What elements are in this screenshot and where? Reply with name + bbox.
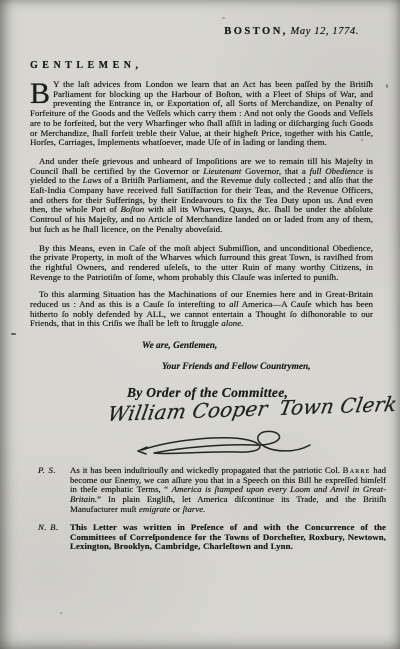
closing-we-are: We are, Gentlemen,: [142, 341, 373, 351]
paragraph-appeal: To this alarming Situation has the Machi…: [30, 290, 373, 329]
paragraph-blockade-text: Y the laſt advices from London we learn …: [30, 79, 373, 147]
dateline-date: May 12, 1774.: [291, 26, 359, 37]
ink-speckle: [361, 139, 363, 141]
ink-speckle: [386, 84, 388, 88]
signature-block: William CooperTown Clerk: [106, 402, 373, 459]
scanned-letter-page: BOSTON, May 12, 1774. GENTLEMEN, BY the …: [0, 0, 400, 649]
postscript-text: As it has been induſtriouſly and wickedl…: [70, 465, 386, 513]
paragraph-wharves: By this Means, even in Caſe of the moſt …: [30, 244, 373, 283]
nota-bene-text: This Letter was written in Preſence of a…: [70, 522, 386, 551]
paragraph-blockade: BY the laſt advices from London we learn…: [30, 80, 373, 148]
postscript-label: P. S.: [38, 466, 56, 476]
signature-title: Town Clerk: [277, 392, 399, 420]
nota-bene: N. B. This Letter was written in Preſenc…: [38, 523, 386, 552]
ink-speckle: [11, 333, 16, 335]
salutation: GENTLEMEN,: [30, 60, 373, 71]
nota-bene-label: N. B.: [38, 523, 59, 533]
paragraph-impositions: And under theſe grievous and unheard of …: [30, 157, 373, 235]
dateline: BOSTON, May 12, 1774.: [30, 26, 373, 37]
signature-flourish: [134, 427, 324, 461]
signature-name: William Cooper: [106, 396, 270, 426]
dateline-city: BOSTON,: [224, 26, 288, 37]
ink-speckle: [222, 17, 225, 19]
closing-friends: Your Friends and Fellow Countrymen,: [162, 362, 373, 372]
ink-speckle: [60, 612, 62, 614]
dropcap-letter: B: [30, 80, 53, 107]
postscript: P. S. As it has been induſtriouſly and w…: [38, 466, 386, 514]
